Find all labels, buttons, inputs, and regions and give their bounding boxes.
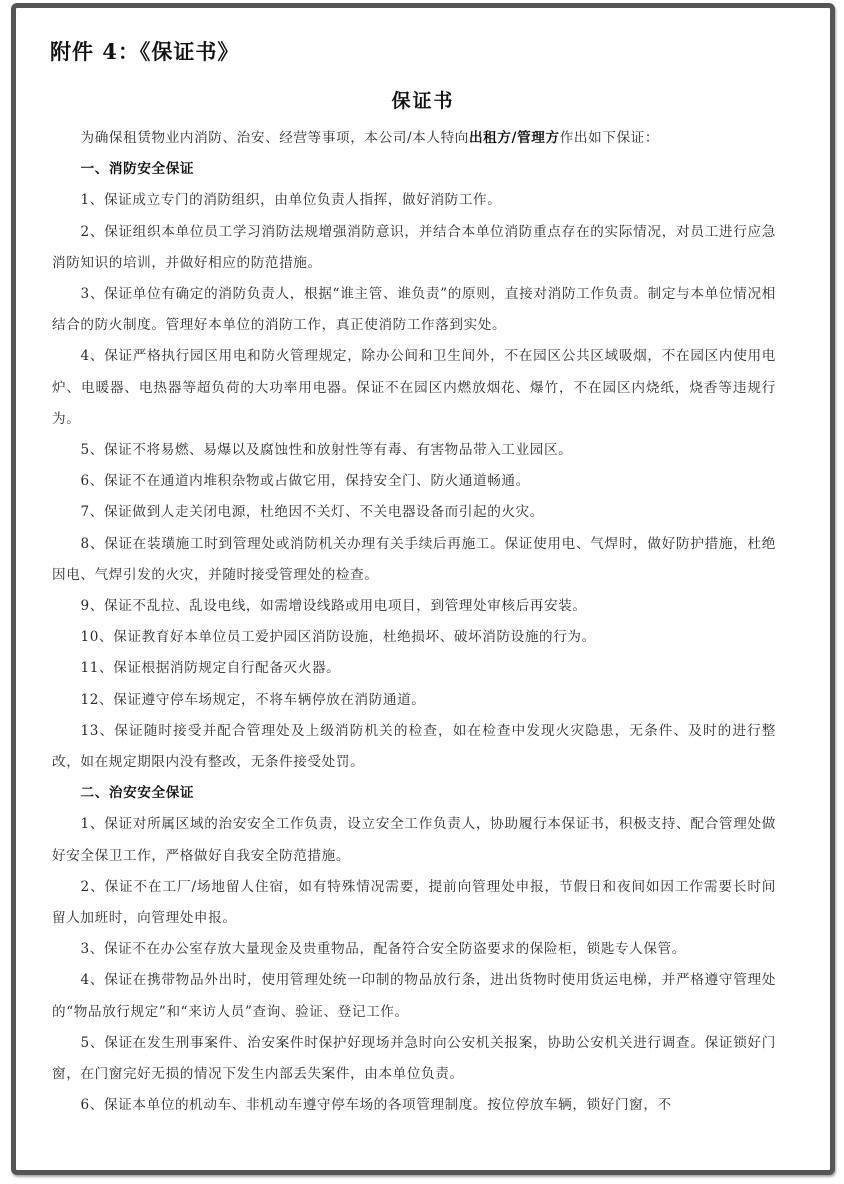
fire-item: 11、保证根据消防规定自行配备灭火器。 xyxy=(52,653,776,684)
document-page: 附件 4：《保证书》 保证书 为确保租赁物业内消防、治安、经营等事项，本公司/本… xyxy=(11,3,835,1175)
security-item: 4、保证在携带物品外出时，使用管理处统一印制的物品放行条，进出货物时使用货运电梯… xyxy=(52,965,776,1027)
fire-item: 8、保证在装璜施工时到管理处或消防机关办理有关手续后再施工。保证使用电、气焊时，… xyxy=(52,529,776,591)
fire-item: 7、保证做到人走关闭电源，杜绝因不关灯、不关电器设备而引起的火灾。 xyxy=(52,497,776,528)
security-item: 6、保证本单位的机动车、非机动车遵守停车场的各项管理制度。按位停放车辆，锁好门窗… xyxy=(52,1090,776,1121)
fire-item: 5、保证不将易燃、易爆以及腐蚀性和放射性等有毒、有害物品带入工业园区。 xyxy=(52,435,776,466)
fire-item: 1、保证成立专门的消防组织，由单位负责人指挥，做好消防工作。 xyxy=(52,185,776,216)
intro-text: 为确保租赁物业内消防、治安、经营等事项，本公司/本人特向 xyxy=(81,130,469,146)
fire-item: 4、保证严格执行园区用电和防火管理规定，除办公间和卫生间外，不在园区公共区域吸烟… xyxy=(52,341,776,435)
intro-paragraph: 为确保租赁物业内消防、治安、经营等事项，本公司/本人特向出租方/管理方作出如下保… xyxy=(52,123,776,154)
fire-item: 13、保证随时接受并配合管理处及上级消防机关的检查，如在检查中发现火灾隐患，无条… xyxy=(52,716,776,778)
document-title: 保证书 xyxy=(16,86,830,113)
fire-item: 2、保证组织本单位员工学习消防法规增强消防意识，并结合本单位消防重点存在的实际情… xyxy=(52,217,776,279)
fire-item: 6、保证不在通道内堆积杂物或占做它用，保持安全门、防火通道畅通。 xyxy=(52,466,776,497)
fire-item: 12、保证遵守停车场规定，不将车辆停放在消防通道。 xyxy=(52,685,776,716)
security-item: 5、保证在发生刑事案件、治安案件时保护好现场并急时向公安机关报案，协助公安机关进… xyxy=(52,1028,776,1090)
attachment-title: 附件 4：《保证书》 xyxy=(50,36,239,66)
fire-item: 9、保证不乱拉、乱设电线，如需增设线路或用电项目，到管理处审核后再安装。 xyxy=(52,591,776,622)
security-item: 1、保证对所属区域的治安安全工作负责，设立安全工作负责人，协助履行本保证书，积极… xyxy=(52,809,776,871)
intro-text-end: 作出如下保证： xyxy=(560,130,659,146)
security-item: 2、保证不在工厂/场地留人住宿，如有特殊情况需要，提前向管理处申报，节假日和夜间… xyxy=(52,872,776,934)
security-item: 3、保证不在办公室存放大量现金及贵重物品，配备符合安全防盗要求的保险柜，锁匙专人… xyxy=(52,934,776,965)
fire-item: 10、保证教育好本单位员工爱护园区消防设施，杜绝损坏、破坏消防设施的行为。 xyxy=(52,622,776,653)
section-heading-fire: 一、消防安全保证 xyxy=(52,154,776,185)
section-heading-security: 二、治安安全保证 xyxy=(52,778,776,809)
intro-emphasis: 出租方/管理方 xyxy=(469,130,560,146)
fire-item: 3、保证单位有确定的消防负责人，根据“谁主管、谁负责”的原则，直接对消防工作负责… xyxy=(52,279,776,341)
document-body: 为确保租赁物业内消防、治安、经营等事项，本公司/本人特向出租方/管理方作出如下保… xyxy=(52,123,776,1122)
